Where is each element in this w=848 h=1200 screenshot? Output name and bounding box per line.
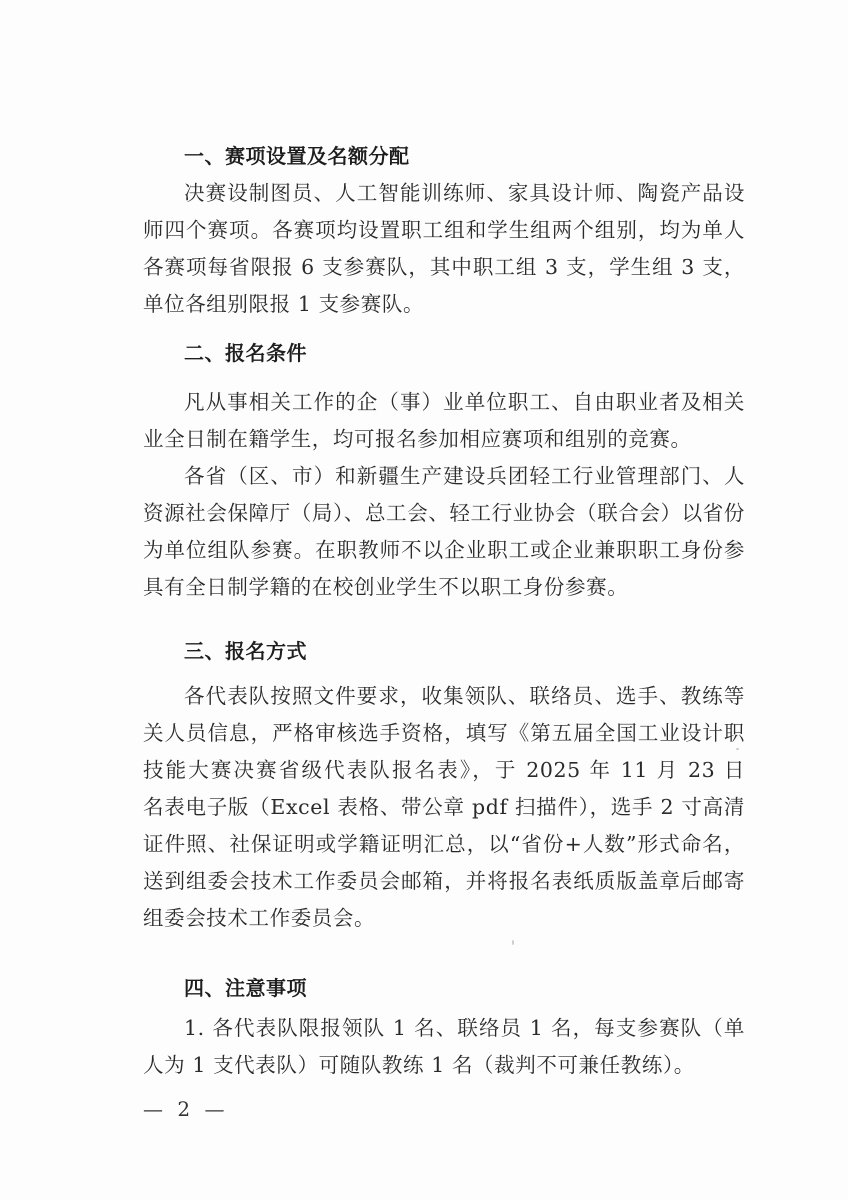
paragraph-line: 各代表队按照文件要求，收集领队、联络员、选手、教练等相 (184, 683, 745, 709)
paragraph-line: 资源社会保障厅（局）、总工会、轻工行业协会（联合会）以省份 (143, 500, 745, 526)
page-number: — 2 — (143, 1096, 228, 1122)
paragraph-line: 凡从事相关工作的企（事）业单位职工、自由职业者及相关专 (184, 389, 745, 415)
section-heading-4: 四、注意事项 (184, 975, 307, 1001)
paragraph-line: 1. 各代表队限报领队 1 名、联络员 1 名，每支参赛队（单人赛 1 (184, 1015, 745, 1041)
paragraph-line: 各省（区、市）和新疆生产建设兵团轻工行业管理部门、人力 (184, 463, 745, 489)
section-heading-2: 二、报名条件 (184, 340, 307, 366)
paragraph-line: 为单位组队参赛。在职教师不以企业职工或企业兼职职工身份参赛。 (143, 537, 745, 563)
paragraph-line: 业全日制在籍学生，均可报名参加相应赛项和组别的竞赛。 (143, 426, 745, 452)
paragraph-line: 名表电子版（Excel 表格、带公章 pdf 扫描件），选手 2 寸高清电子 (143, 794, 745, 820)
paragraph-line: 单位各组别限报 1 支参赛队。 (143, 291, 745, 317)
paragraph-line: 师四个赛项。各赛项均设置职工组和学生组两个组别，均为单人赛。 (143, 217, 745, 243)
paragraph-line: 具有全日制学籍的在校创业学生不以职工身份参赛。 (143, 574, 745, 600)
document-page: 一、赛项设置及名额分配 决赛设制图员、人工智能训练师、家具设计师、陶瓷产品设计 … (0, 0, 848, 1200)
paragraph-line: 送到组委会技术工作委员会邮箱，并将报名表纸质版盖章后邮寄至 (143, 868, 745, 894)
paragraph-line: 组委会技术工作委员会。 (143, 905, 745, 931)
paragraph-line: 技能大赛决赛省级代表队报名表》，于 2025 年 11 月 23 日前，将报 (143, 757, 745, 783)
paragraph-line: 决赛设制图员、人工智能训练师、家具设计师、陶瓷产品设计 (184, 180, 745, 206)
paragraph-line: 人为 1 支代表队）可随队教练 1 名（裁判不可兼任教练）。 (143, 1052, 745, 1078)
scan-speck (736, 748, 739, 750)
paragraph-line: 各赛项每省限报 6 支参赛队，其中职工组 3 支，学生组 3 支，同一 (143, 254, 745, 280)
paragraph-line: 关人员信息，严格审核选手资格，填写《第五届全国工业设计职业 (143, 720, 745, 746)
section-heading-1: 一、赛项设置及名额分配 (184, 143, 410, 169)
paragraph-line: 证件照、社保证明或学籍证明汇总，以“省份+人数”形式命名，发 (143, 831, 745, 857)
section-heading-3: 三、报名方式 (184, 638, 307, 664)
scan-speck (512, 940, 514, 945)
